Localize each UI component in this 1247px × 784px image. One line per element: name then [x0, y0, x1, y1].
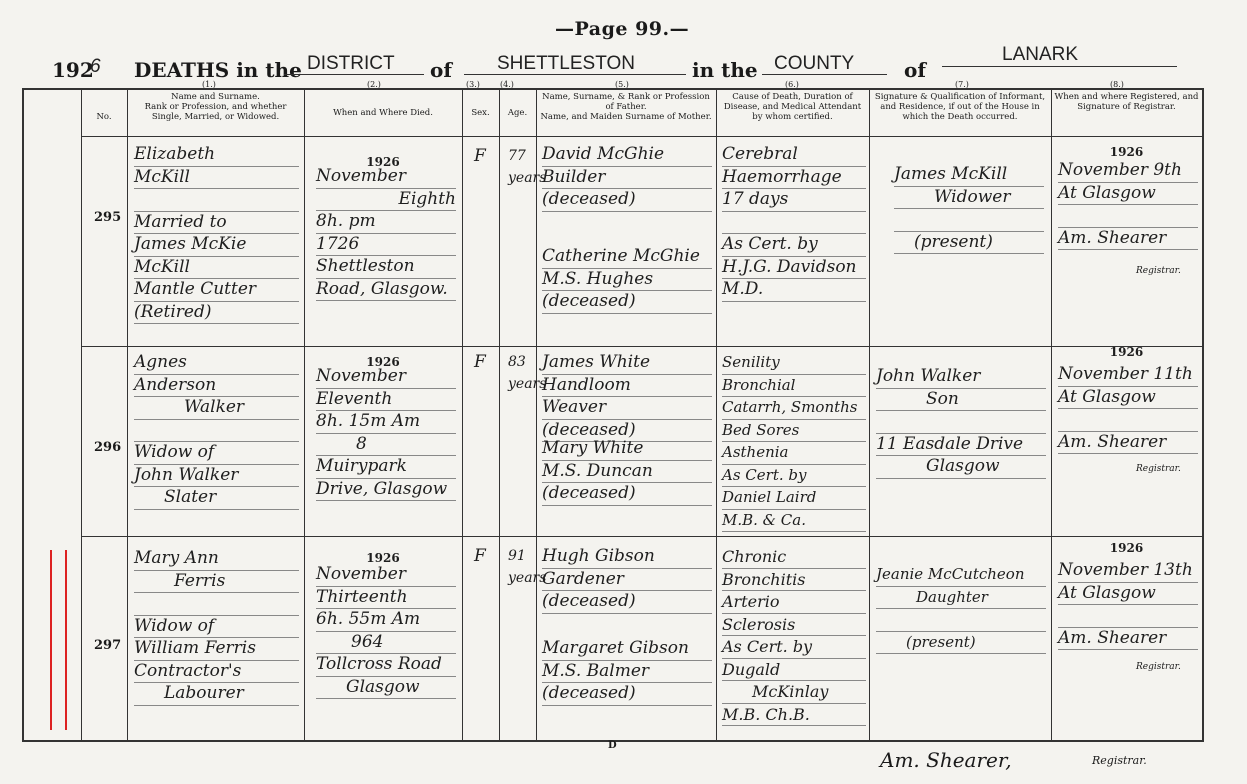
age: 91years — [508, 546, 546, 589]
col-header-sex: Sex. — [464, 108, 497, 118]
registration: November 9thAt Glasgow Am. Shearer — [1058, 160, 1198, 250]
col-header-no: No. — [83, 112, 125, 122]
page-mark: D — [608, 740, 617, 751]
col-header-registered: When and where Registered, and Signature… — [1053, 92, 1200, 112]
year-prefix: 192 — [52, 58, 94, 82]
entry-number: 297 — [94, 638, 121, 653]
entry-number: 296 — [94, 440, 121, 455]
cause-of-death: SenilityBronchialCatarrh, SmonthsBed Sor… — [722, 352, 866, 532]
registration: November 13thAt Glasgow Am. Shearer — [1058, 560, 1198, 650]
page-title: —Page 99.— — [555, 18, 689, 40]
entry-number: 295 — [94, 210, 121, 225]
entry-name: Mary AnnFerris Widow ofWilliam FerrisCon… — [134, 548, 299, 706]
register-header: 192 6 DEATHS in the DISTRICT of SHETTLES… — [52, 50, 1182, 82]
entry-name: ElizabethMcKill Married toJames McKie Mc… — [134, 144, 299, 324]
year-digit: 6 — [90, 56, 101, 78]
cause-of-death: CerebralHaemorrhage17 days As Cert. byH.… — [722, 144, 866, 302]
age: 77years — [508, 146, 546, 189]
entry-name: AgnesAndersonWalker Widow ofJohn WalkerS… — [134, 352, 299, 510]
registration: November 11thAt Glasgow Am. Shearer — [1058, 364, 1198, 454]
county-name: LANARK — [1002, 44, 1078, 66]
death-when-where: NovemberEleventh 8h. 15m Am8 MuiryparkDr… — [316, 366, 456, 501]
sex: F — [474, 352, 486, 374]
county-label: COUNTY — [774, 53, 854, 75]
sex: F — [474, 146, 486, 168]
death-when-where: NovemberThirteenth 6h. 55m Am964 Tollcro… — [316, 564, 456, 699]
death-when-where: NovemberEighth 8h. pm1726 ShettlestonRoa… — [316, 166, 456, 301]
father-details: James WhiteHandloomWeaver(deceased) — [542, 352, 712, 442]
mother-details: Catherine McGhieM.S. Hughes(deceased) — [542, 246, 712, 314]
col-header-name: Name and Surname. Rank or Profession, an… — [129, 92, 302, 123]
informant: James McKillWidower (present) — [894, 164, 1044, 254]
col-header-when-where: When and Where Died. — [306, 108, 460, 118]
age: 83years — [508, 352, 546, 395]
red-margin-mark — [50, 550, 67, 730]
district-label: DISTRICT — [307, 53, 395, 75]
death-register-table: No. Name and Surname. Rank or Profession… — [22, 88, 1204, 742]
mother-details: Margaret GibsonM.S. Balmer(deceased) — [542, 638, 712, 706]
registrar-footer-label: Registrar. — [1092, 754, 1147, 767]
district-name: SHETTLESTON — [497, 53, 635, 75]
registered-year: 1926 — [1053, 538, 1200, 560]
col-header-parents: Name, Surname, & Rank or Profession of F… — [538, 92, 714, 123]
cause-of-death: ChronicBronchitisArterioSclerosis As Cer… — [722, 546, 866, 726]
father-details: Hugh GibsonGardener(deceased) — [542, 546, 712, 614]
registrar-label: Registrar. — [1136, 662, 1181, 672]
registrar-signature: Am. Shearer, — [880, 748, 1012, 772]
deaths-title: DEATHS in the — [134, 58, 302, 82]
registered-year: 1926 — [1053, 342, 1200, 364]
mother-details: Mary WhiteM.S. Duncan(deceased) — [542, 438, 712, 506]
informant: John WalkerSon 11 Easdale DriveGlasgow — [876, 366, 1046, 479]
father-details: David McGhieBuilder(deceased) — [542, 144, 712, 212]
sex: F — [474, 546, 486, 568]
registrar-label: Registrar. — [1136, 464, 1181, 474]
col-header-cause: Cause of Death, Duration of Disease, and… — [718, 92, 867, 123]
informant: Jeanie McCutcheonDaughter (present) — [876, 564, 1046, 654]
of-label-2: of — [904, 58, 926, 82]
col-header-informant: Signature & Qualification of Informant, … — [871, 92, 1049, 123]
of-label-1: of — [430, 58, 452, 82]
col-header-age: Age. — [501, 108, 534, 118]
in-the-label: in the — [692, 58, 758, 82]
registrar-label: Registrar. — [1136, 266, 1181, 276]
